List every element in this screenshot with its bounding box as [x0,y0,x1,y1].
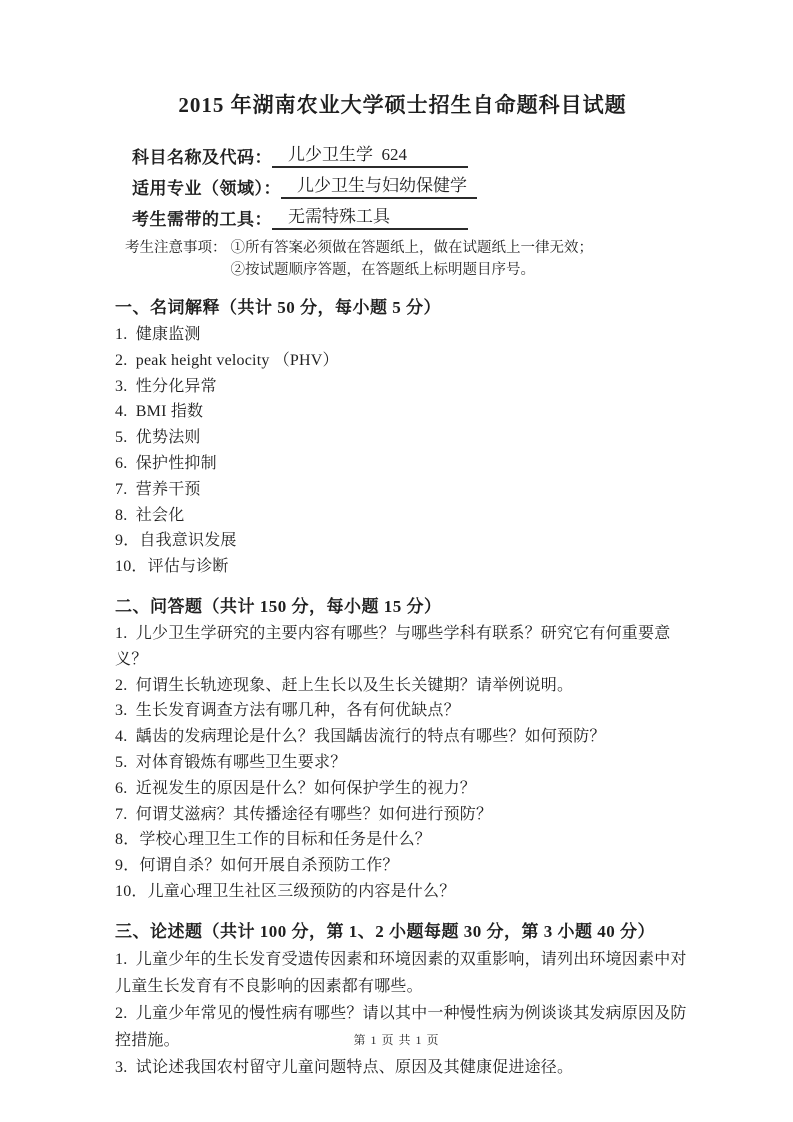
question-item: 2. peak height velocity （PHV） [115,348,690,374]
question-item: 1. 儿童少年的生长发育受遗传因素和环境因素的双重影响，请列出环境因素中对儿童生… [115,946,690,1000]
notice-line: ②按试题顺序答题，在答题纸上标明题目序号。 [231,259,594,281]
section-heading: 二、问答题（共计 150 分，每小题 15 分） [115,593,690,620]
subject-name-code-value: 儿少卫生学 624 [272,144,468,168]
exam-header-form: 科目名称及代码： 儿少卫生学 624 适用专业（领域）： 儿少卫生与妇幼保健学 … [132,144,690,230]
section-heading: 一、名词解释（共计 50 分，每小题 5 分） [115,294,690,321]
required-tools-label: 考生需带的工具： [132,209,272,230]
question-item: 2. 何谓生长轨迹现象、赶上生长以及生长关键期？请举例说明。 [115,673,690,699]
question-item: 6. 保护性抑制 [115,451,690,477]
section-essay: 三、论述题（共计 100 分，第 1、2 小题每题 30 分，第 3 小题 40… [115,918,690,1081]
section-term-definitions: 一、名词解释（共计 50 分，每小题 5 分） 1. 健康监测 2. peak … [115,294,690,580]
question-item: 4. 龋齿的发病理论是什么？我国龋齿流行的特点有哪些？如何预防？ [115,724,690,750]
page-title: 2015 年湖南农业大学硕士招生自命题科目试题 [115,90,690,120]
applicable-major-label: 适用专业（领域）： [132,178,281,199]
question-item: 10．评估与诊断 [115,554,690,580]
question-item: 7. 何谓艾滋病？其传播途径有哪些？如何进行预防？ [115,802,690,828]
notice-line: ①所有答案必须做在答题纸上，做在试题纸上一律无效； [231,237,594,259]
candidate-notice-lines: ①所有答案必须做在答题纸上，做在试题纸上一律无效； ②按试题顺序答题，在答题纸上… [231,237,594,281]
section-heading: 三、论述题（共计 100 分，第 1、2 小题每题 30 分，第 3 小题 40… [115,918,690,945]
applicable-major-row: 适用专业（领域）： 儿少卫生与妇幼保健学 [132,175,690,199]
question-item: 1. 健康监测 [115,322,690,348]
candidate-notice: 考生注意事项： ①所有答案必须做在答题纸上，做在试题纸上一律无效； ②按试题顺序… [125,237,690,281]
question-item: 5. 优势法则 [115,425,690,451]
question-item: 4. BMI 指数 [115,399,690,425]
question-item: 5. 对体育锻炼有哪些卫生要求？ [115,750,690,776]
subject-name-code-label: 科目名称及代码： [132,147,272,168]
question-item: 10．儿童心理卫生社区三级预防的内容是什么？ [115,879,690,905]
question-item: 3. 生长发育调查方法有哪几种，各有何优缺点？ [115,698,690,724]
question-item: 8. 社会化 [115,503,690,529]
question-item: 3. 试论述我国农村留守儿童问题特点、原因及其健康促进途径。 [115,1054,690,1081]
section-short-answer: 二、问答题（共计 150 分，每小题 15 分） 1. 儿少卫生学研究的主要内容… [115,593,690,905]
applicable-major-value: 儿少卫生与妇幼保健学 [281,175,477,199]
question-item: 6. 近视发生的原因是什么？如何保护学生的视力？ [115,776,690,802]
question-item: 1. 儿少卫生学研究的主要内容有哪些？与哪些学科有联系？研究它有何重要意义？ [115,621,690,673]
question-item: 7. 营养干预 [115,477,690,503]
question-item: 8．学校心理卫生工作的目标和任务是什么？ [115,827,690,853]
page-content: 2015 年湖南农业大学硕士招生自命题科目试题 科目名称及代码： 儿少卫生学 6… [0,0,793,1081]
required-tools-value: 无需特殊工具 [272,206,468,230]
candidate-notice-label: 考生注意事项： [125,237,227,281]
subject-name-code-row: 科目名称及代码： 儿少卫生学 624 [132,144,690,168]
question-item: 9．自我意识发展 [115,528,690,554]
required-tools-row: 考生需带的工具： 无需特殊工具 [132,206,690,230]
question-item: 3. 性分化异常 [115,374,690,400]
question-item: 9．何谓自杀？如何开展自杀预防工作？ [115,853,690,879]
page-footer: 第 1 页 共 1 页 [0,1031,793,1048]
exam-paper-page: 2015 年湖南农业大学硕士招生自命题科目试题 科目名称及代码： 儿少卫生学 6… [0,0,793,1122]
